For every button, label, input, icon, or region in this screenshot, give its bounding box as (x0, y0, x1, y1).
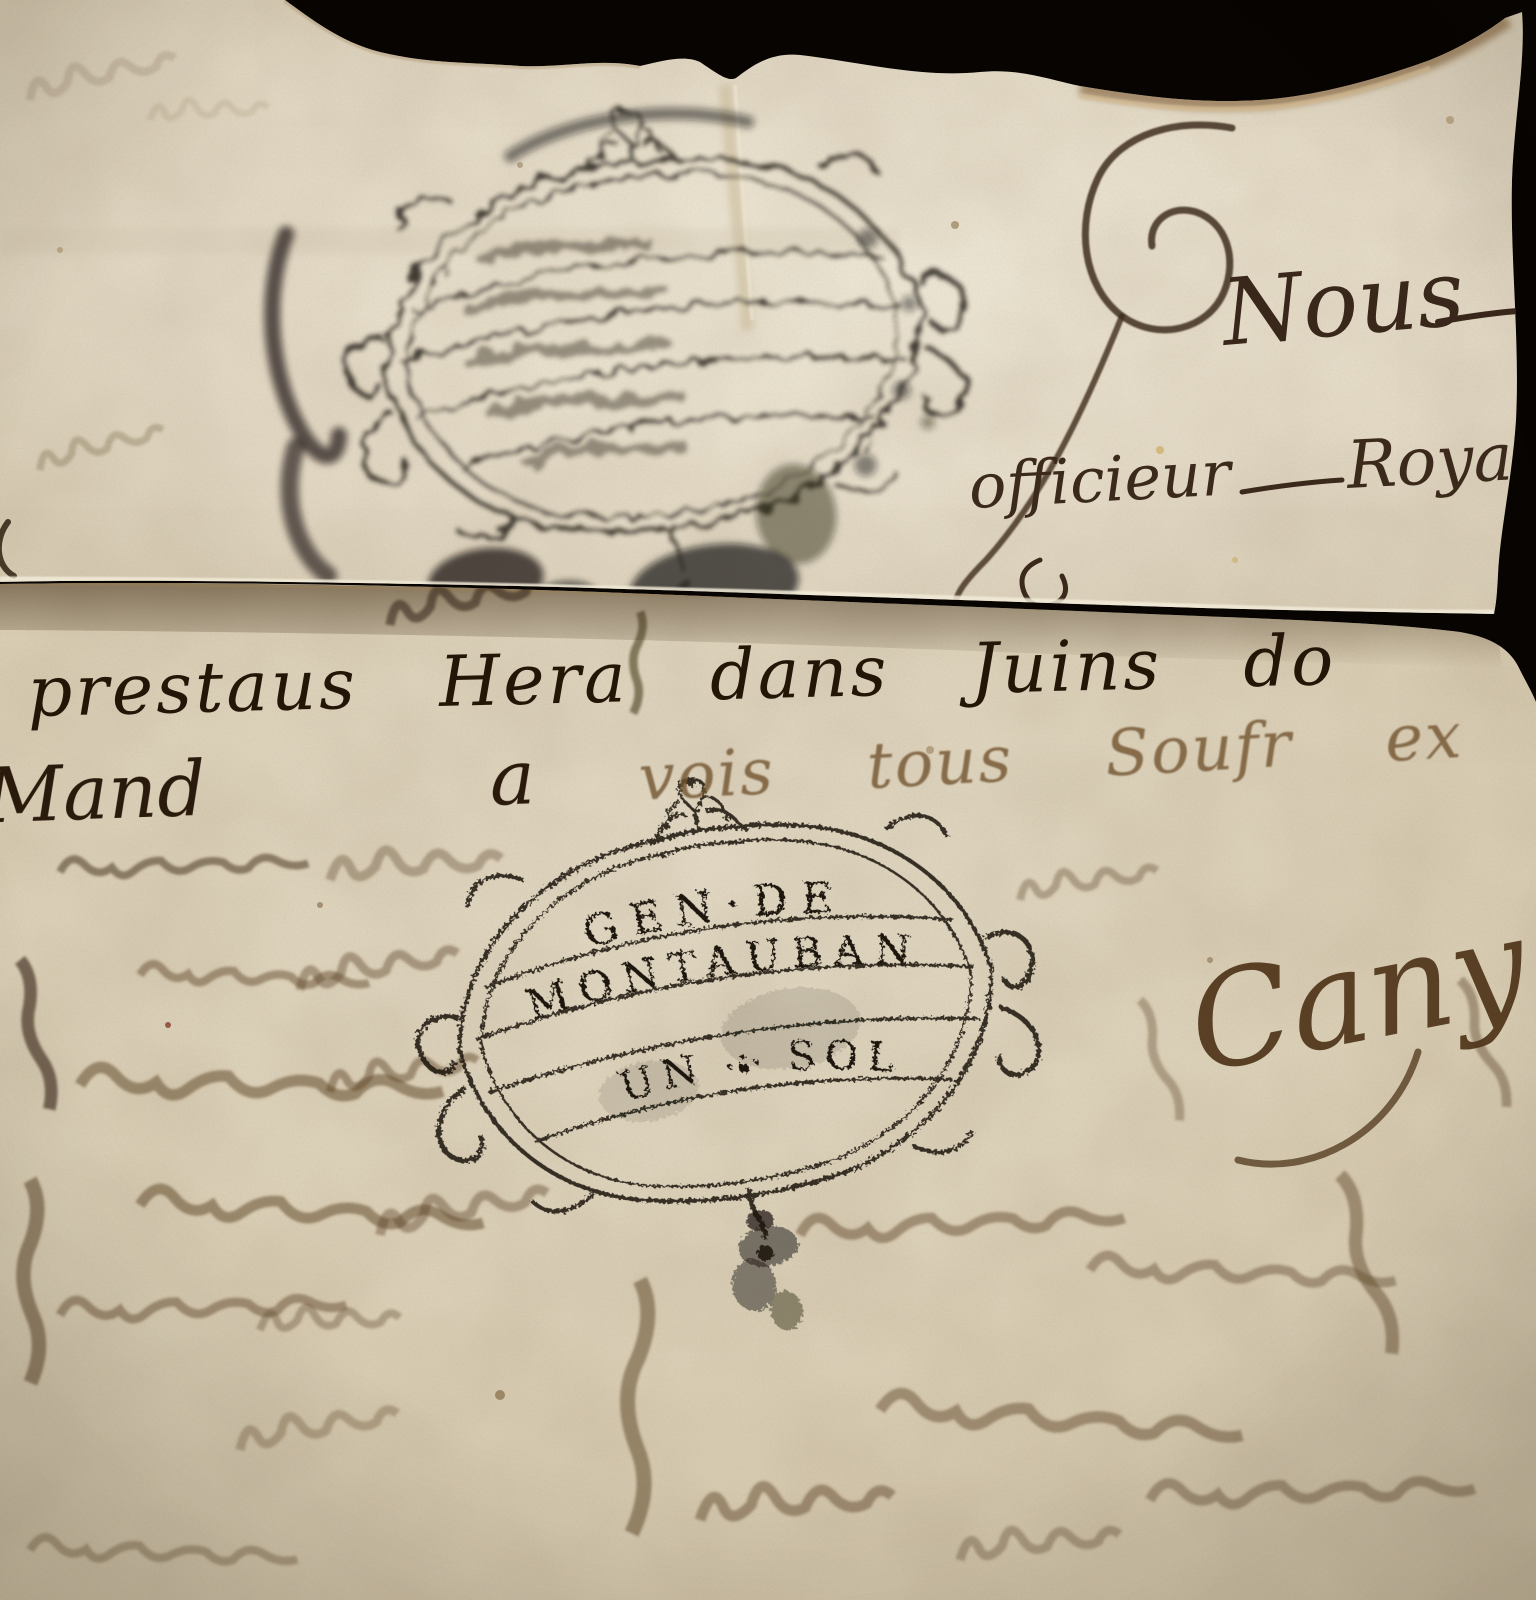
manuscript-photo: GEN·DE MONTAUBAN UN SOL prestaus Hera d (0, 0, 1536, 1600)
photo-vignette (0, 0, 1536, 1600)
